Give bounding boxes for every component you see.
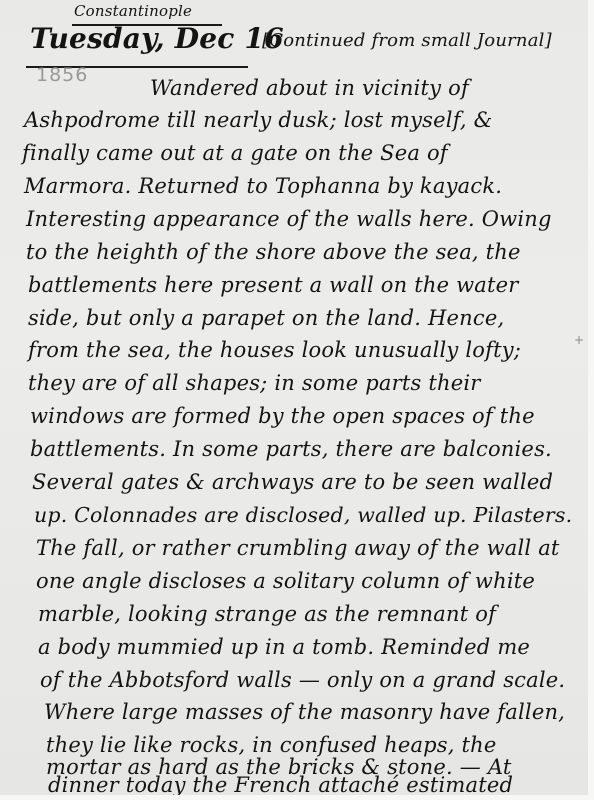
text-line: marble, looking strange as the remnant o… xyxy=(38,602,496,626)
text-line: up. Colonnades are disclosed, walled up.… xyxy=(34,503,572,527)
pencil-year-annotation: 1856 xyxy=(36,64,88,86)
text-line: windows are formed by the open spaces of… xyxy=(30,404,535,428)
text-line: battlements. In some parts, there are ba… xyxy=(30,437,552,461)
text-line: of the Abbotsford walls — only on a gran… xyxy=(40,668,565,692)
date-heading: Tuesday, Dec 16 xyxy=(30,22,284,55)
text-line: a body mummied up in a tomb. Reminded me xyxy=(38,635,530,659)
text-line: from the sea, the houses look unusually … xyxy=(28,338,521,362)
text-line: dinner today the French attaché estimate… xyxy=(48,773,513,795)
page-border-right xyxy=(588,0,594,800)
text-line: Where large masses of the masonry have f… xyxy=(44,700,565,724)
margin-mark: + xyxy=(574,333,584,347)
place-heading: Constantinople xyxy=(74,2,192,20)
text-line: Wandered about in vicinity of xyxy=(150,76,469,100)
page-border-bottom xyxy=(0,795,594,800)
text-line: side, but only a parapet on the land. He… xyxy=(28,306,504,330)
text-line: one angle discloses a solitary column of… xyxy=(36,569,535,593)
text-line: Ashpodrome till nearly dusk; lost myself… xyxy=(24,108,493,132)
text-line: to the heighth of the shore above the se… xyxy=(26,240,521,264)
journal-page: Constantinople Tuesday, Dec 16 [Continue… xyxy=(0,0,588,795)
text-line: finally came out at a gate on the Sea of xyxy=(22,141,448,165)
text-line: Marmora. Returned to Tophanna by kayack. xyxy=(24,174,502,198)
text-line: they are of all shapes; in some parts th… xyxy=(28,371,481,395)
bracket-note: [Continued from small Journal] xyxy=(262,30,552,51)
text-line: Interesting appearance of the walls here… xyxy=(26,207,552,231)
text-line: battlements here present a wall on the w… xyxy=(28,273,519,297)
text-line: Several gates & archways are to be seen … xyxy=(32,470,553,494)
text-line: they lie like rocks, in confused heaps, … xyxy=(46,733,497,757)
text-line: The fall, or rather crumbling away of th… xyxy=(36,536,560,560)
